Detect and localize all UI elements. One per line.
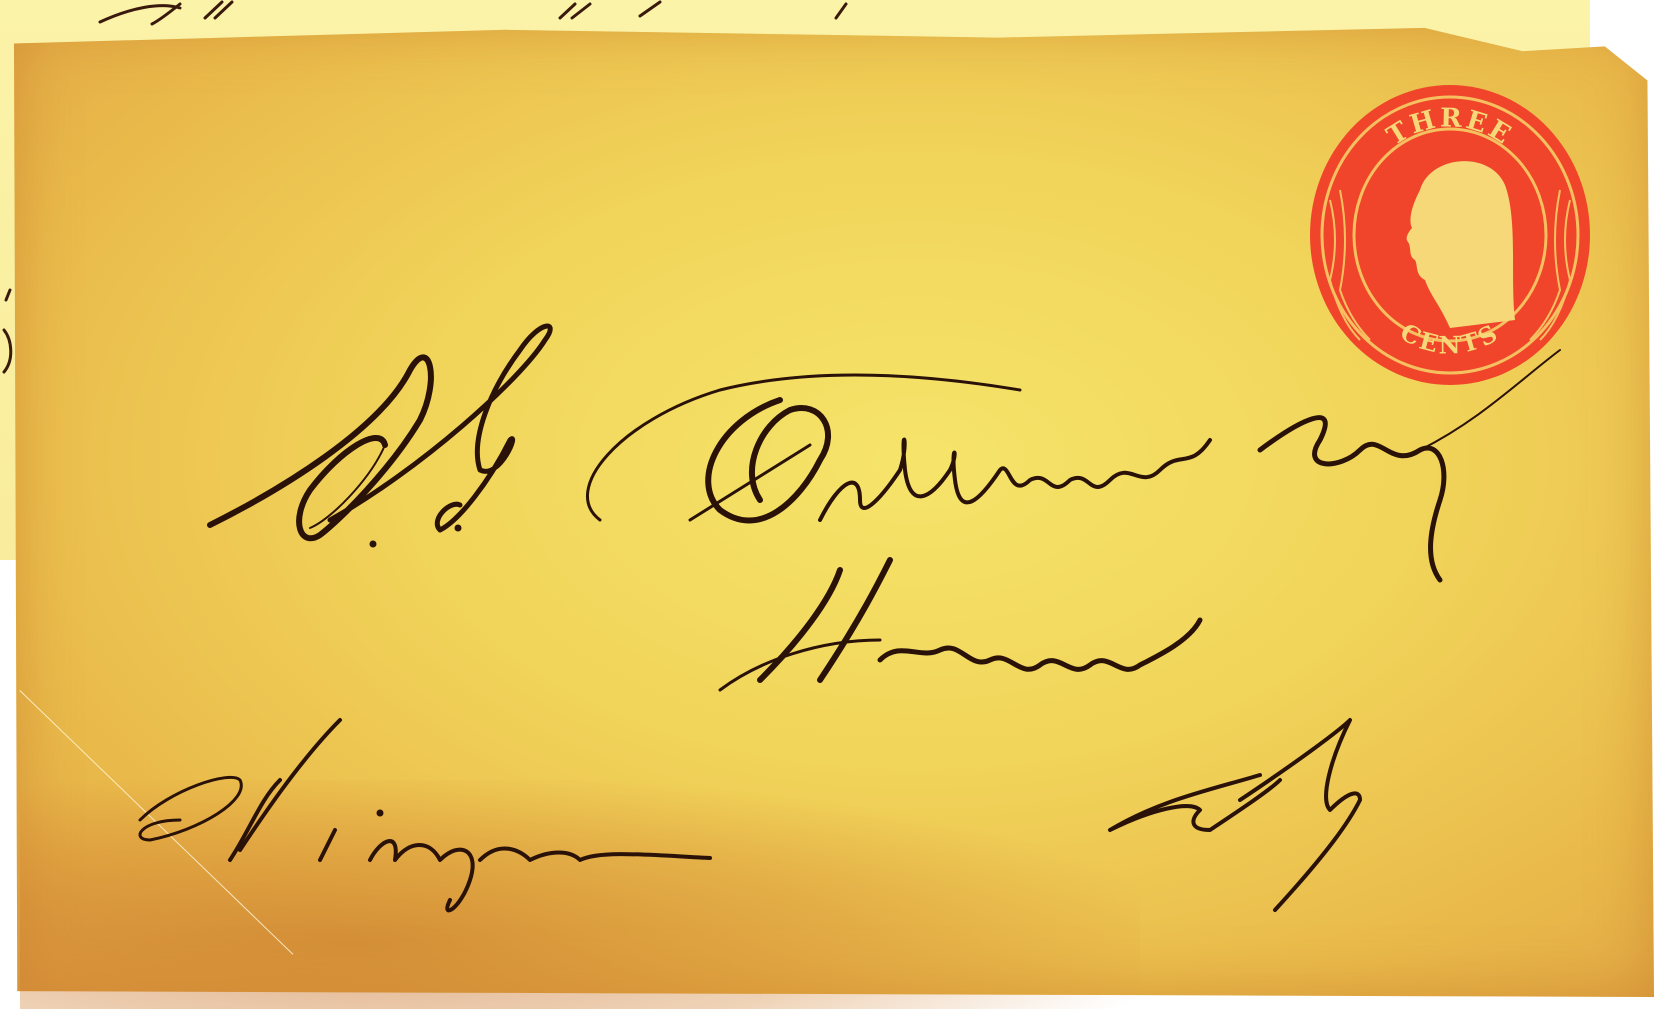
handwritten-address: [0, 0, 1663, 1009]
envelope-photo: THREE CENTS: [0, 0, 1663, 1009]
